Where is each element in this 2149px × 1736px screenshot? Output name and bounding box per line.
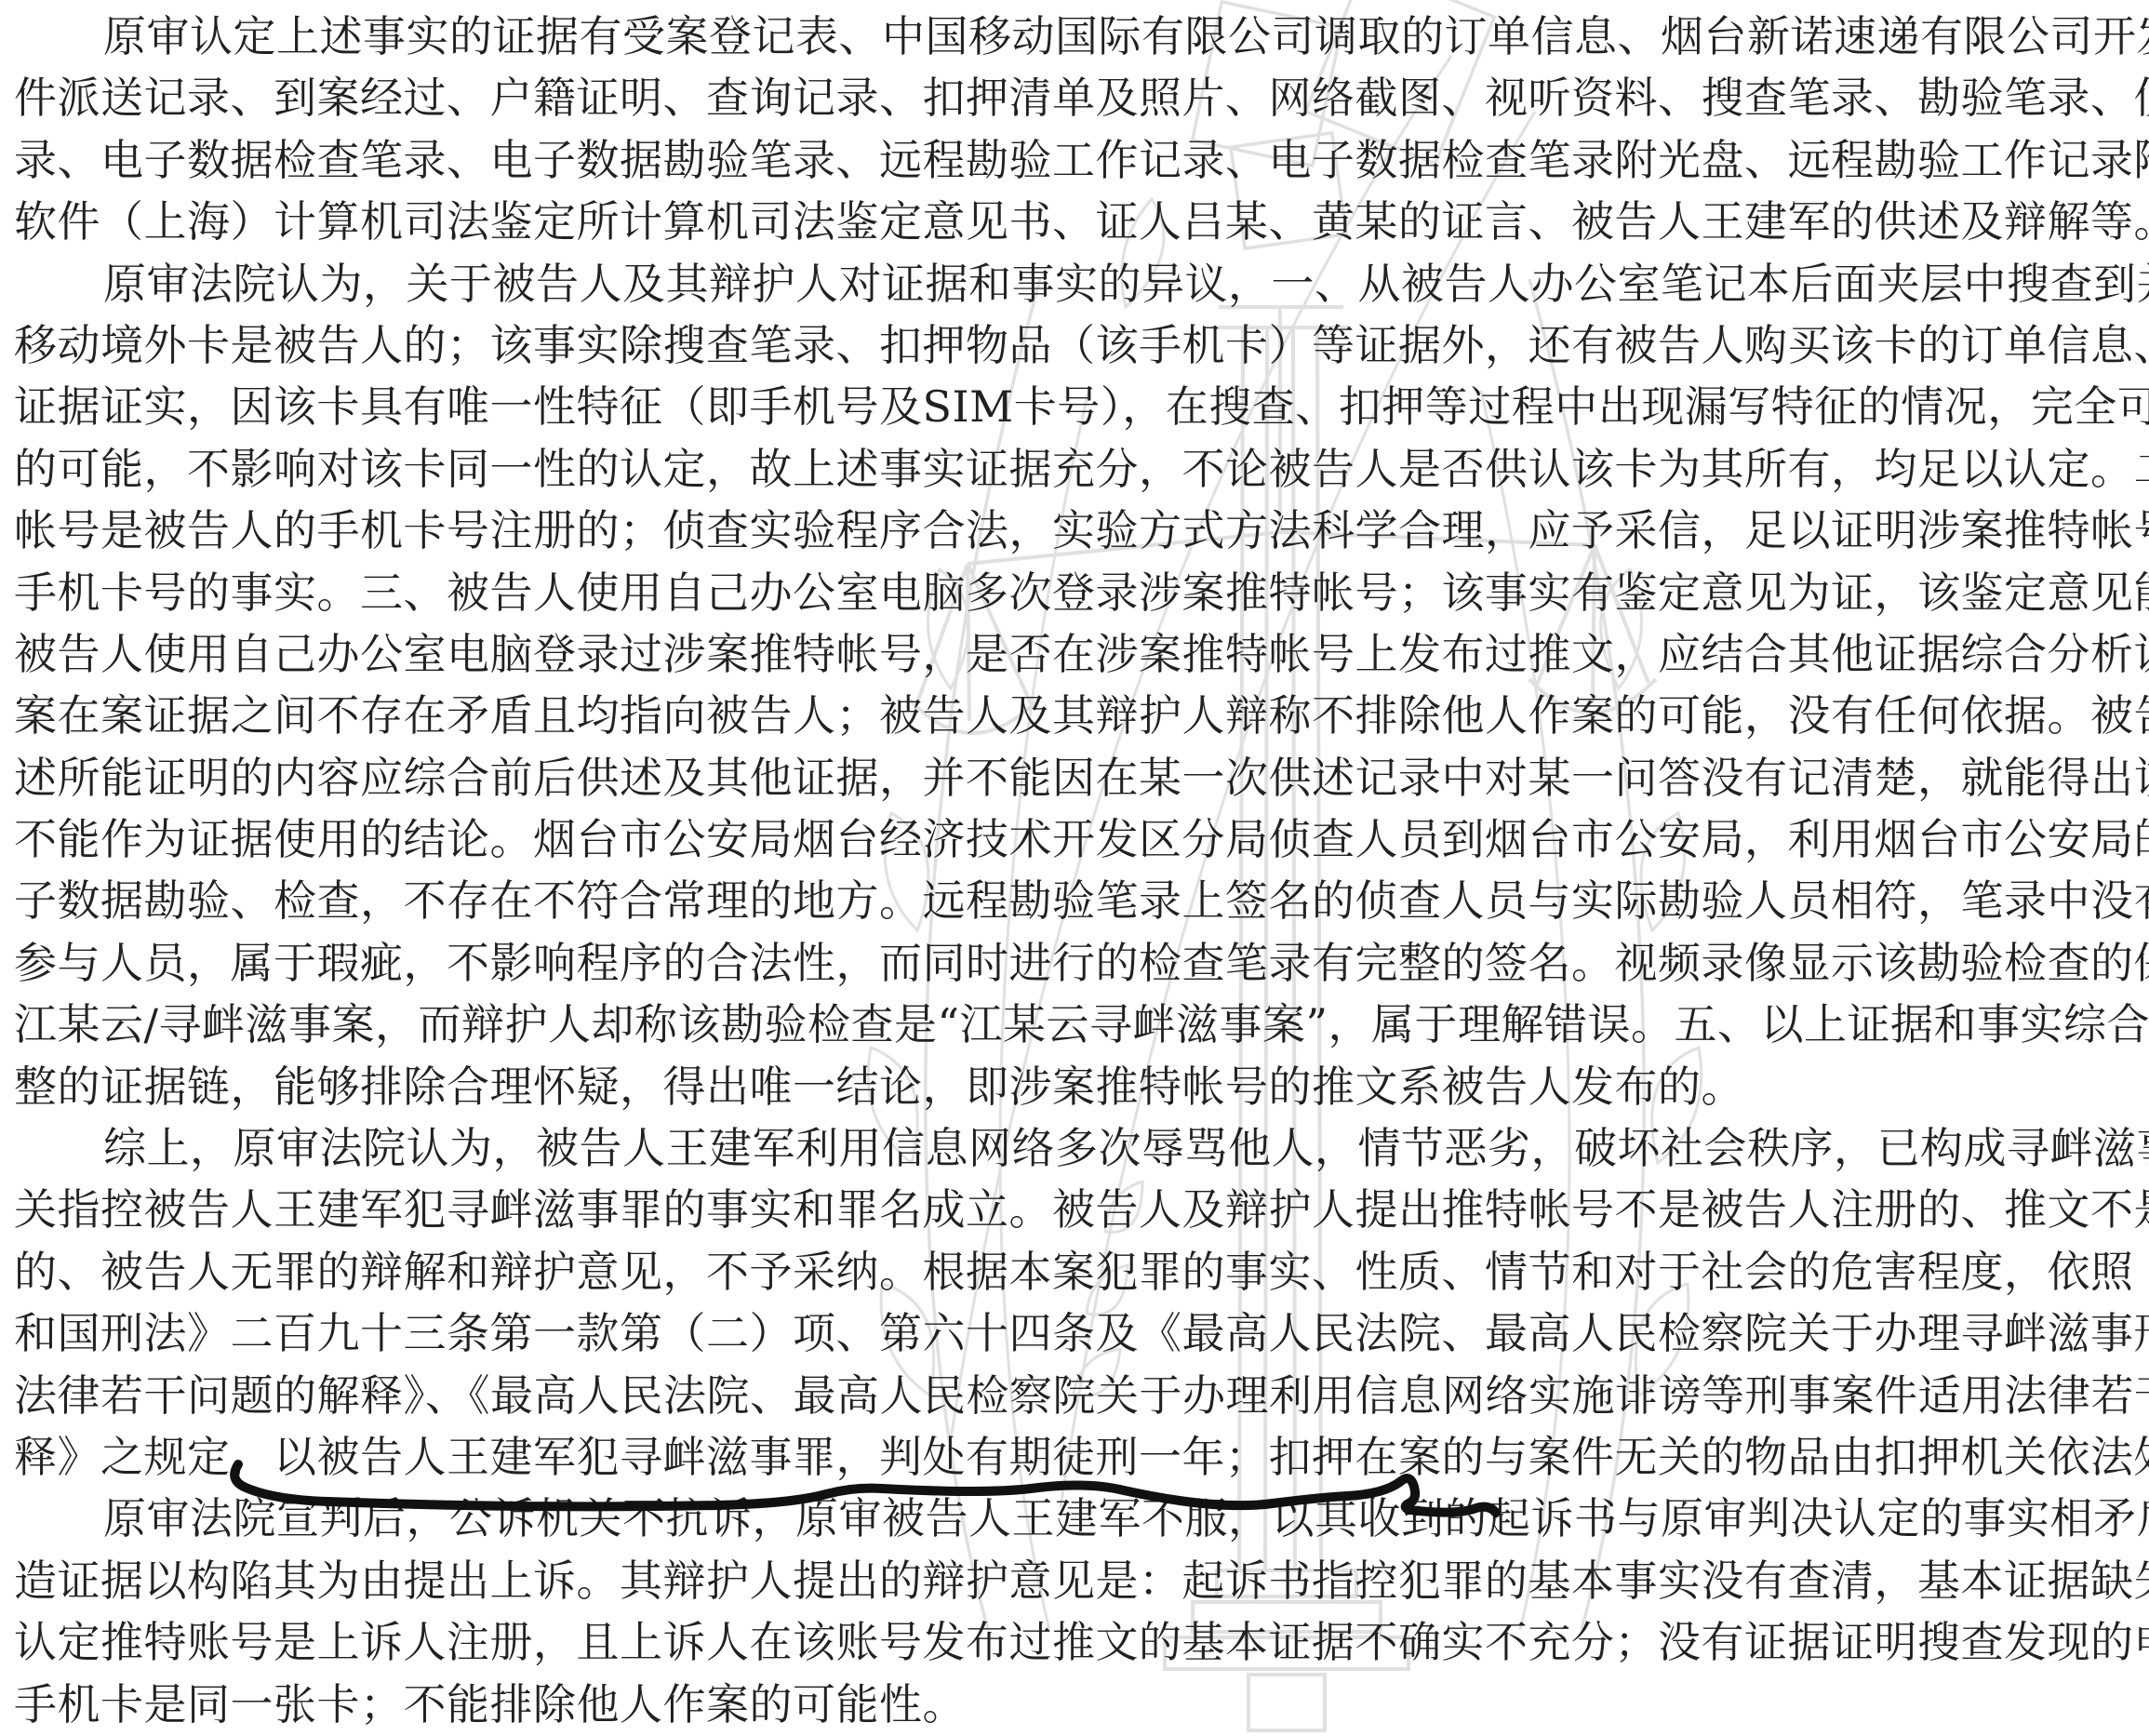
text-line: 参与人员，属于瑕疵，不影响程序的合法性，而同时进行的检查笔录有完整的签名。视频录… [14, 932, 2135, 994]
text-line: 原审法院认为，关于被告人及其辩护人对证据和事实的异议，一、从被告人办公室笔记本后… [14, 253, 2135, 314]
text-line: 原审认定上述事实的证据有受案登记表、中国移动国际有限公司调取的订单信息、烟台新诺… [14, 6, 2135, 67]
judgment-page: 原审认定上述事实的证据有受案登记表、中国移动国际有限公司调取的订单信息、烟台新诺… [0, 0, 2149, 1736]
text-line: 原审法院宣判后，公诉机关不抗诉，原审被告人王建军不服，以其收到的起诉书与原审判决… [14, 1488, 2135, 1549]
text-line: 述所能证明的内容应综合前后供述及其他证据，并不能因在某一次供述记录中对某一问答没… [14, 747, 2135, 808]
text-line: 软件（上海）计算机司法鉴定所计算机司法鉴定意见书、证人吕某、黄某的证言、被告人王… [14, 191, 2135, 252]
text-line: 的可能，不影响对该卡同一性的认定，故上述事实证据充分，不论被告人是否供认该卡为其… [14, 438, 2135, 500]
text-line: 认定推特账号是上诉人注册，且上诉人在该账号发布过推文的基本证据不确实不充分；没有… [14, 1611, 2135, 1673]
text-line: 整的证据链，能够排除合理怀疑，得出唯一结论，即涉案推特帐号的推文系被告人发布的。 [14, 1056, 2135, 1117]
judgment-text: 原审认定上述事实的证据有受案登记表、中国移动国际有限公司调取的订单信息、烟台新诺… [14, 6, 2135, 1735]
text-line: 法律若干问题的解释》、《最高人民法院、最高人民检察院关于办理利用信息网络实施诽谤… [14, 1365, 2135, 1426]
text-line: 造证据以构陷其为由提出上诉。其辩护人提出的辩护意见是：起诉书指控犯罪的基本事实没… [14, 1550, 2135, 1611]
text-line: 的、被告人无罪的辩解和辩护意见，不予采纳。根据本案犯罪的事实、性质、情节和对于社… [14, 1241, 2135, 1302]
text-line: 关指控被告人王建军犯寻衅滋事罪的事实和罪名成立。被告人及辩护人提出推特帐号不是被… [14, 1179, 2135, 1240]
text-line: 被告人使用自己办公室电脑登录过涉案推特帐号，是否在涉案推特帐号上发布过推文，应结… [14, 623, 2135, 685]
text-line: 件派送记录、到案经过、户籍证明、查询记录、扣押清单及照片、网络截图、视听资料、搜… [14, 67, 2135, 128]
text-line: 江某云/寻衅滋事案，而辩护人却称该勘验检查是“江某云寻衅滋事案”，属于理解错误。… [14, 994, 2135, 1055]
text-line: 帐号是被告人的手机卡号注册的；侦查实验程序合法，实验方式方法科学合理，应予采信，… [14, 500, 2135, 561]
text-line: 案在案证据之间不存在矛盾且均指向被告人；被告人及其辩护人辩称不排除他人作案的可能… [14, 685, 2135, 746]
text-line: 证据证实，因该卡具有唯一性特征（即手机号及SIM卡号），在搜查、扣押等过程中出现… [14, 376, 2135, 437]
text-line: 手机卡是同一张卡；不能排除他人作案的可能性。 [14, 1674, 2135, 1735]
text-line: 移动境外卡是被告人的；该事实除搜查笔录、扣押物品（该手机卡）等证据外，还有被告人… [14, 314, 2135, 376]
text-line: 释》之规定，以被告人王建军犯寻衅滋事罪，判处有期徒刑一年；扣押在案的与案件无关的… [14, 1426, 2135, 1488]
text-line: 子数据勘验、检查，不存在不符合常理的地方。远程勘验笔录上签名的侦查人员与实际勘验… [14, 870, 2135, 931]
text-line: 综上，原审法院认为，被告人王建军利用信息网络多次辱骂他人，情节恶劣，破坏社会秩序… [14, 1117, 2135, 1179]
text-line: 录、电子数据检查笔录、电子数据勘验笔录、远程勘验工作记录、电子数据检查笔录附光盘… [14, 129, 2135, 191]
text-line: 不能作为证据使用的结论。烟台市公安局烟台经济技术开发区分局侦查人员到烟台市公安局… [14, 808, 2135, 870]
text-line: 手机卡号的事实。三、被告人使用自己办公室电脑多次登录涉案推特帐号；该事实有鉴定意… [14, 562, 2135, 623]
text-line: 和国刑法》二百九十三条第一款第（二）项、第六十四条及《最高人民法院、最高人民检察… [14, 1302, 2135, 1364]
